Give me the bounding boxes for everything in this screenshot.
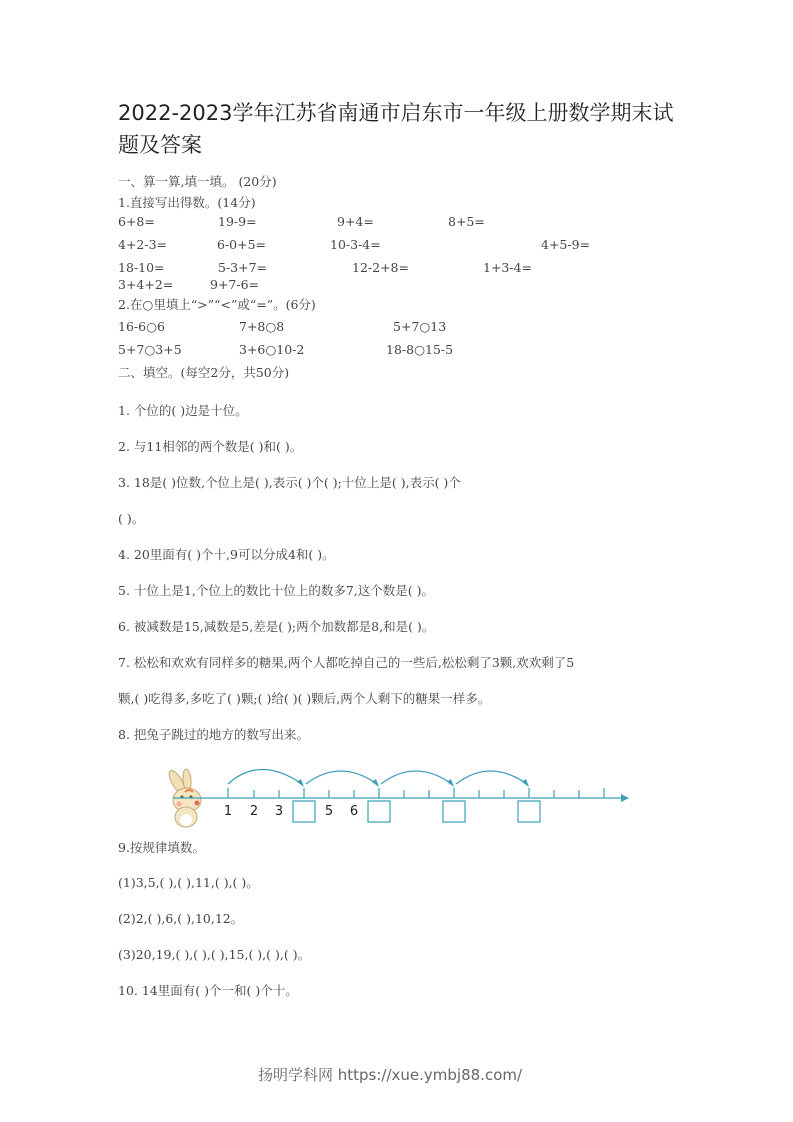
- tick-label: 2: [250, 804, 258, 819]
- footer-watermark: 扬明学科网 https://xue.ymbj88.com/: [258, 1064, 522, 1085]
- arith-item: 3+4+2=: [118, 277, 173, 292]
- arith-item: 1+3-4=: [483, 260, 532, 275]
- answer-box: [443, 801, 465, 822]
- arith-item: 18-10=: [118, 260, 165, 275]
- pattern-item: (2)2,( ),6,( ),10,12。: [118, 909, 243, 927]
- tick-label: 6: [350, 804, 358, 819]
- section2-heading: 二、填空。(每空2分，共50分): [118, 363, 289, 381]
- compare-item: 16-6○6: [118, 319, 165, 334]
- arith-item: 8+5=: [448, 214, 485, 229]
- fill-item: 4. 20里面有( )个十,9可以分成4和( )。: [118, 545, 335, 563]
- arith-item: 9+7-6=: [210, 277, 259, 292]
- arith-item: 5-3+7=: [218, 260, 267, 275]
- compare-item: 5+7○13: [393, 319, 446, 334]
- q10-item: 10. 14里面有( )个一和( )个十。: [118, 981, 298, 999]
- number-line-svg: 1 2 3 5 6: [155, 760, 635, 830]
- arith-item: 6-0+5=: [217, 237, 266, 252]
- arith-item: 10-3-4=: [330, 237, 381, 252]
- arith-item: 9+4=: [337, 214, 374, 229]
- arith-item: 12-2+8=: [352, 260, 409, 275]
- section1-heading: 一、算一算,填一填。 (20分): [118, 172, 277, 190]
- number-line-figure: 1 2 3 5 6: [155, 760, 635, 830]
- q9-heading: 9.按规律填数。: [118, 838, 205, 856]
- arith-item: 4+5-9=: [541, 237, 590, 252]
- q2-heading: 2.在○里填上“>”“<”或“=”。(6分): [118, 295, 316, 313]
- fill-item: 8. 把兔子跳过的地方的数写出来。: [118, 725, 309, 743]
- arith-item: 19-9=: [218, 214, 257, 229]
- pattern-item: (1)3,5,( ),( ),11,( ),( )。: [118, 873, 259, 891]
- tick-label: 3: [275, 804, 283, 819]
- q1-heading: 1.直接写出得数。(14分): [118, 193, 256, 211]
- answer-box: [293, 801, 315, 822]
- compare-item: 5+7○3+5: [118, 342, 182, 357]
- tick-label: 5: [325, 804, 333, 819]
- fill-item: 颗,( )吃得多,多吃了( )颗;( )给( )( )颗后,两个人剩下的糖果一样…: [118, 689, 490, 707]
- fill-item: 5. 十位上是1,个位上的数比十位上的数多7,这个数是( )。: [118, 581, 434, 599]
- fill-item: ( )。: [118, 509, 144, 527]
- pattern-item: (3)20,19,( ),( ),( ),15,( ),( ),( )。: [118, 945, 310, 963]
- answer-box: [368, 801, 390, 822]
- fill-item: 7. 松松和欢欢有同样多的糖果,两个人都吃掉自己的一些后,松松剩了3颗,欢欢剩了…: [118, 653, 574, 671]
- arith-item: 4+2-3=: [118, 237, 167, 252]
- fill-item: 6. 被减数是15,减数是5,差是( );两个加数都是8,和是( )。: [118, 617, 434, 635]
- arith-item: 6+8=: [118, 214, 155, 229]
- fill-item: 3. 18是( )位数,个位上是( ),表示( )个( );十位上是( ),表示…: [118, 473, 461, 491]
- compare-item: 3+6○10-2: [239, 342, 304, 357]
- fill-item: 2. 与11相邻的两个数是( )和( )。: [118, 437, 302, 455]
- tick-label: 1: [224, 804, 232, 819]
- fill-item: 1. 个位的( )边是十位。: [118, 401, 248, 419]
- page-title: 2022-2023学年江苏省南通市启东市一年级上册数学期末试题及答案: [118, 97, 688, 161]
- compare-item: 18-8○15-5: [386, 342, 453, 357]
- compare-item: 7+8○8: [239, 319, 284, 334]
- answer-box: [518, 801, 540, 822]
